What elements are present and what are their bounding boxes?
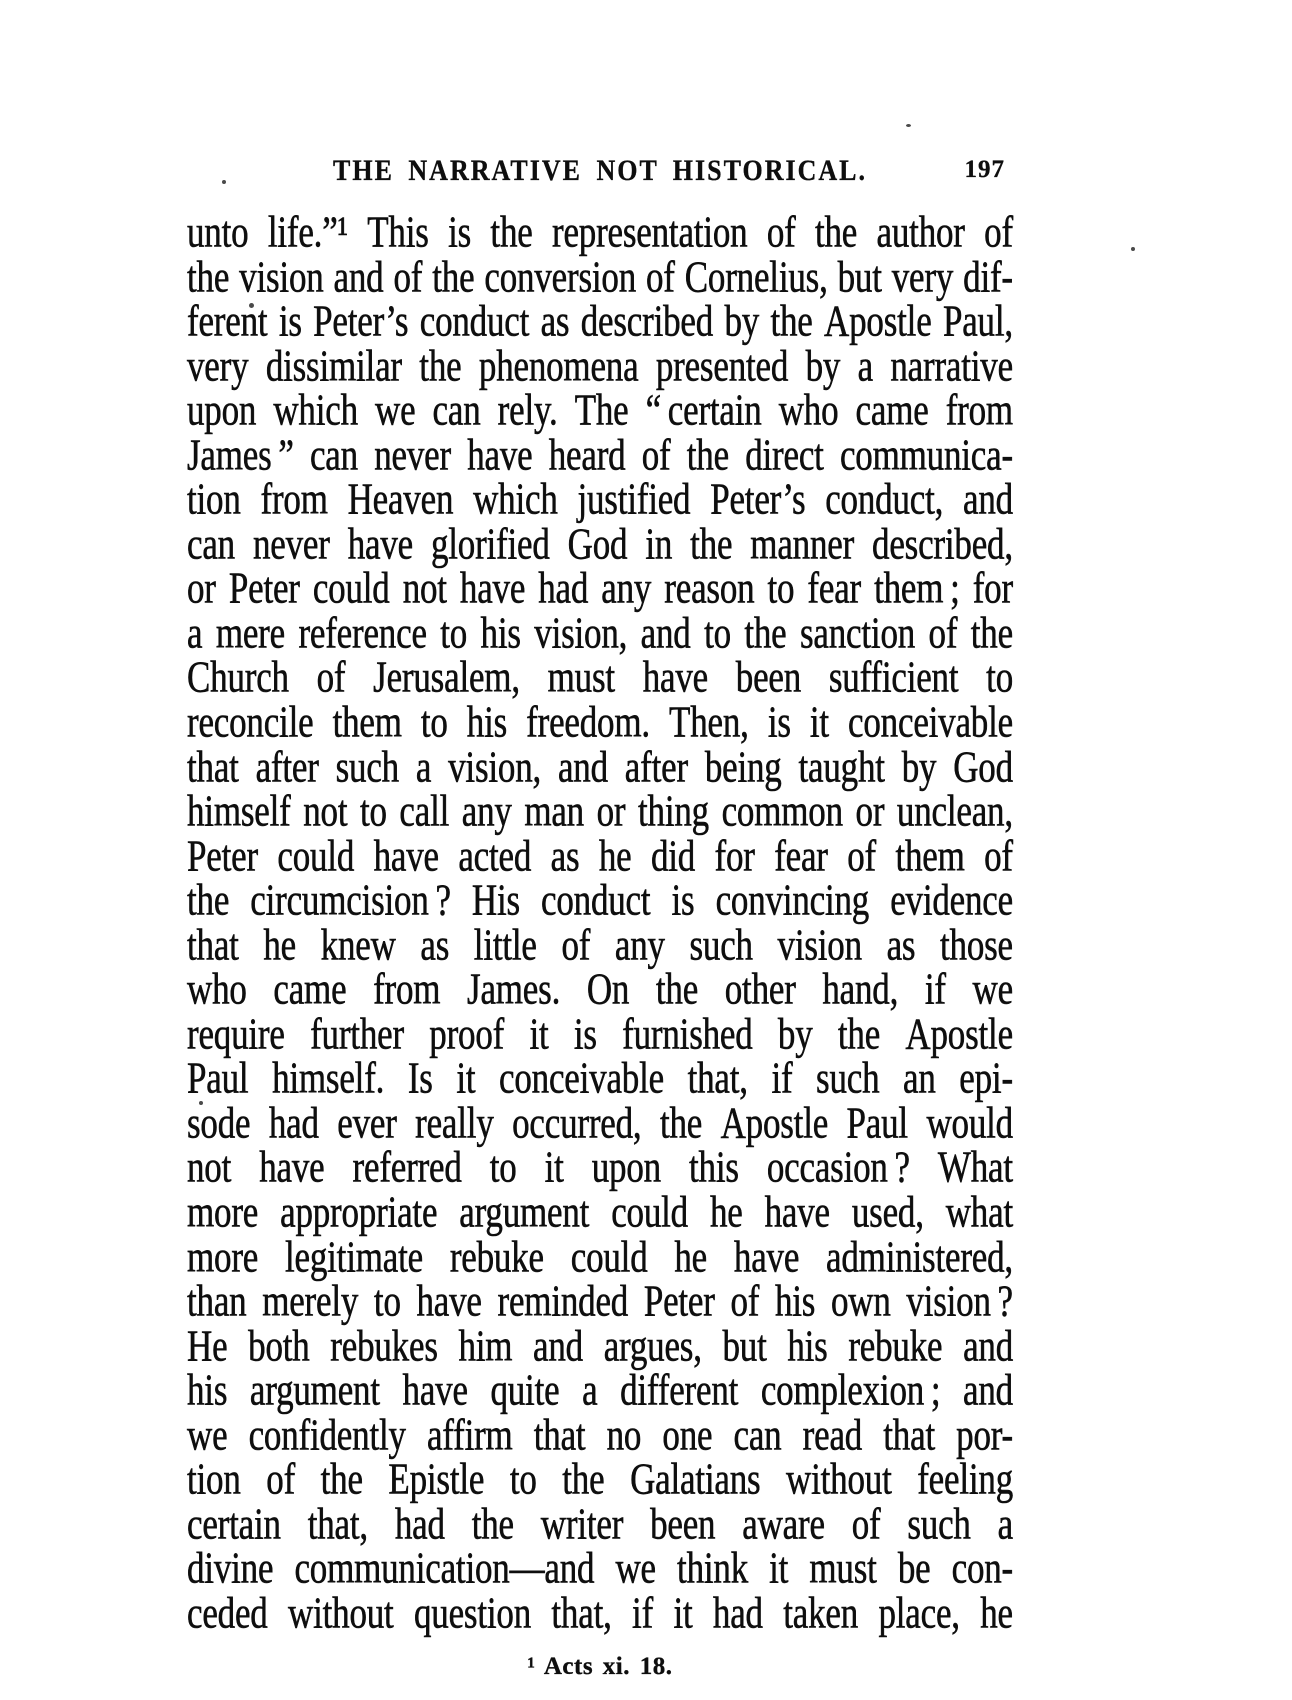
word: question	[414, 1588, 531, 1638]
ink-speck	[222, 180, 226, 184]
word: acted	[458, 831, 531, 881]
book-page: THE NARRATIVE NOT HISTORICAL. 197 untoli…	[0, 0, 1292, 1700]
word: for	[973, 564, 1013, 614]
word: which	[473, 474, 558, 524]
word: came	[273, 965, 346, 1015]
word: him	[458, 1321, 512, 1371]
ink-speck	[249, 303, 254, 308]
word: did	[651, 831, 695, 881]
word: by	[806, 341, 841, 391]
word: who	[779, 385, 839, 435]
word: tion	[187, 1455, 241, 1505]
word: common	[722, 786, 843, 836]
word: if	[925, 965, 946, 1015]
word: very	[892, 252, 953, 302]
word: any	[601, 564, 651, 614]
word: been	[736, 653, 801, 703]
word: place,	[878, 1588, 959, 1638]
word: Is	[408, 1054, 433, 1104]
word: that	[187, 742, 239, 792]
word: the	[187, 875, 229, 925]
word: Peter	[187, 831, 258, 881]
word: of	[984, 207, 1013, 257]
word: have	[416, 1276, 481, 1326]
word: of	[767, 207, 796, 257]
word: we	[615, 1544, 655, 1594]
word: occasion ?	[767, 1143, 910, 1193]
word: we	[187, 1410, 227, 1460]
word: than	[187, 1276, 246, 1326]
word: God	[568, 519, 628, 569]
word: and	[963, 1321, 1013, 1371]
word: it	[545, 1143, 564, 1193]
word: unclean,	[897, 786, 1013, 836]
word: more	[187, 1232, 258, 1282]
word: of	[642, 430, 671, 480]
word: is	[448, 207, 471, 257]
word: Peter’s	[710, 474, 805, 524]
word: rebukes	[330, 1321, 437, 1371]
word: sode	[187, 1098, 250, 1148]
word: a	[416, 742, 431, 792]
word: presented	[656, 341, 788, 391]
word: his	[787, 1321, 827, 1371]
word: of	[984, 831, 1013, 881]
word: if	[771, 1054, 792, 1104]
word: his	[467, 697, 507, 747]
word: it	[769, 1544, 788, 1594]
word: them ;	[874, 564, 960, 614]
word: little	[474, 920, 537, 970]
word: without	[288, 1588, 394, 1638]
word: dissimilar	[266, 341, 402, 391]
word: could	[571, 1232, 648, 1282]
word: what	[946, 1187, 1013, 1237]
word: it	[810, 697, 829, 747]
word: the	[838, 1009, 880, 1059]
word: we	[375, 385, 415, 435]
word: can	[187, 519, 235, 569]
word: had	[395, 1499, 445, 1549]
word: evidence	[890, 875, 1013, 925]
word: Apostle	[905, 1009, 1012, 1059]
word: such	[907, 1499, 970, 1549]
word: that,	[688, 1054, 748, 1104]
footnote-text: ¹ Acts xi. 18.	[527, 1653, 672, 1680]
word: which	[273, 385, 358, 435]
word: not	[187, 1143, 231, 1193]
word: further	[310, 1009, 404, 1059]
word: more	[187, 1187, 258, 1237]
word: who	[187, 965, 247, 1015]
word: of	[393, 252, 422, 302]
word: described,	[872, 519, 1013, 569]
word: vision	[778, 920, 862, 970]
word: direct	[745, 430, 823, 480]
word: por-	[956, 1410, 1013, 1460]
word: to	[374, 1276, 401, 1326]
word: the	[971, 608, 1013, 658]
word: as	[551, 831, 580, 881]
word: and	[963, 474, 1013, 524]
word: reference	[298, 608, 426, 658]
word: Apostle	[721, 1098, 828, 1148]
word: or	[187, 564, 216, 614]
word: the	[562, 1455, 604, 1505]
page-number: 197	[965, 156, 1006, 184]
word: own	[831, 1276, 891, 1326]
word: that	[534, 1410, 586, 1460]
word: he	[599, 831, 632, 881]
word: divine	[187, 1544, 273, 1594]
word: had	[538, 564, 588, 614]
word: of	[317, 653, 346, 703]
word: the	[432, 252, 474, 302]
word: had	[713, 1588, 763, 1638]
word: certain	[187, 1499, 281, 1549]
word: feeling	[917, 1455, 1013, 1505]
word: he	[980, 1588, 1013, 1638]
word: epi-	[959, 1054, 1013, 1104]
word: thing	[638, 786, 709, 836]
word: life.”¹	[268, 207, 348, 257]
word: himself	[187, 786, 291, 836]
word: and	[641, 608, 691, 658]
word: Paul,	[943, 296, 1013, 346]
word: On	[587, 965, 629, 1015]
word: unto	[187, 207, 248, 257]
word: to	[986, 653, 1013, 703]
running-title: THE NARRATIVE NOT HISTORICAL.	[333, 153, 867, 188]
word: described	[581, 296, 713, 346]
word: writer	[541, 1499, 623, 1549]
word: He	[187, 1321, 227, 1371]
word: from	[373, 965, 440, 1015]
word: vision,	[448, 742, 541, 792]
word: we	[973, 965, 1013, 1015]
word: never	[374, 430, 451, 480]
word: but	[723, 1321, 767, 1371]
word: an	[903, 1054, 936, 1104]
word: really	[415, 1098, 493, 1148]
word: merely	[262, 1276, 358, 1326]
word: that	[883, 1410, 935, 1460]
word: that	[187, 920, 239, 970]
word: reconcile	[187, 697, 313, 747]
word: heard	[549, 430, 626, 480]
word: communication—and	[294, 1544, 594, 1594]
word: the	[744, 608, 786, 658]
word: or	[597, 786, 626, 836]
word: conceivable	[848, 697, 1013, 747]
word: have	[467, 430, 532, 480]
word: himself.	[272, 1054, 384, 1104]
word: of	[929, 608, 958, 658]
word: but	[838, 252, 882, 302]
word: be	[898, 1544, 931, 1594]
word: them	[333, 697, 402, 747]
word: occurred,	[512, 1098, 641, 1148]
word: to	[510, 1455, 537, 1505]
word: communica-	[840, 430, 1013, 480]
word: he	[674, 1232, 707, 1282]
word: of	[852, 1499, 881, 1549]
word: a	[998, 1499, 1013, 1549]
word: ceded	[187, 1588, 268, 1638]
word: conduct	[541, 875, 650, 925]
word: the	[687, 430, 729, 480]
word: reminded	[498, 1276, 629, 1326]
word: a	[858, 341, 873, 391]
word: legitimate	[285, 1232, 423, 1282]
word: manner	[750, 519, 854, 569]
word: can	[734, 1410, 782, 1460]
word: knew	[321, 920, 396, 970]
word: by	[724, 296, 759, 346]
body-text: untolife.”¹Thisistherepresentationofthea…	[187, 213, 1013, 1639]
word: have	[374, 831, 439, 881]
word: and	[533, 1321, 583, 1371]
word: to	[440, 608, 467, 658]
word: upon	[187, 385, 256, 435]
word: could	[313, 564, 390, 614]
word: any	[615, 920, 665, 970]
word: Cornelius,	[685, 252, 828, 302]
word: affirm	[427, 1410, 513, 1460]
word: his	[187, 1365, 227, 1415]
word: the	[815, 207, 857, 257]
word: Peter	[644, 1276, 715, 1326]
word: referred	[353, 1143, 462, 1193]
word: vision ?	[906, 1276, 1013, 1326]
footnote: ¹ Acts xi. 18.	[187, 1650, 1013, 1684]
word: or	[856, 786, 885, 836]
word: after	[625, 742, 688, 792]
word: fear	[774, 831, 828, 881]
word: for	[715, 831, 755, 881]
word: the	[690, 519, 732, 569]
word: Epistle	[388, 1455, 484, 1505]
word: “ certain	[646, 385, 762, 435]
word: one	[662, 1410, 712, 1460]
word: have	[765, 1187, 830, 1237]
word: administered,	[826, 1232, 1013, 1282]
word: and	[334, 252, 384, 302]
word: author	[877, 207, 965, 257]
word: from	[946, 385, 1013, 435]
word: have	[734, 1232, 799, 1282]
word: used,	[852, 1187, 924, 1237]
word: Heaven	[348, 474, 454, 524]
word: his	[775, 1276, 815, 1326]
word: after	[256, 742, 319, 792]
word: phenomena	[479, 341, 639, 391]
word: from	[260, 474, 327, 524]
word: he	[263, 920, 296, 970]
word: justified	[577, 474, 690, 524]
word: con-	[952, 1544, 1013, 1594]
word: must	[548, 653, 615, 703]
word: such	[816, 1054, 879, 1104]
word: that,	[308, 1499, 368, 1549]
word: the	[660, 1098, 702, 1148]
word: conversion	[484, 252, 636, 302]
word: would	[926, 1098, 1013, 1148]
word: Peter	[229, 564, 300, 614]
word: have	[259, 1143, 324, 1193]
word: by	[902, 742, 937, 792]
word: tion	[187, 474, 241, 524]
word: have	[460, 564, 525, 614]
word: he	[710, 1187, 743, 1237]
word: hand,	[822, 965, 898, 1015]
word: Jerusalem,	[373, 653, 520, 703]
word: that,	[551, 1588, 611, 1638]
word: of	[847, 831, 876, 881]
word: representation	[552, 207, 747, 257]
word: such	[689, 920, 752, 970]
word: ever	[337, 1098, 396, 1148]
word: vision	[239, 252, 323, 302]
word: a	[582, 1365, 597, 1415]
word: His	[472, 875, 520, 925]
word: to	[704, 608, 731, 658]
word: any	[462, 786, 512, 836]
word: argument	[250, 1365, 380, 1415]
word: and	[963, 1365, 1013, 1415]
word: conceivable	[499, 1054, 664, 1104]
word: Then,	[669, 697, 749, 747]
word: Church	[187, 653, 289, 703]
word: have	[348, 519, 413, 569]
word: them	[895, 831, 964, 881]
word: taught	[798, 742, 884, 792]
word: it	[673, 1588, 692, 1638]
word: without	[786, 1455, 892, 1505]
word: proof	[429, 1009, 504, 1059]
word: furnished	[622, 1009, 752, 1059]
word: no	[607, 1410, 642, 1460]
word: Paul	[847, 1098, 908, 1148]
word: Galatians	[630, 1455, 760, 1505]
word: argument	[459, 1187, 589, 1237]
word: glorified	[431, 519, 550, 569]
word: complexion ;	[761, 1365, 941, 1415]
word: different	[620, 1365, 738, 1415]
word: the	[770, 296, 812, 346]
word: dif-	[963, 252, 1013, 302]
word: the	[472, 1499, 514, 1549]
word: argues,	[604, 1321, 702, 1371]
word: as	[887, 920, 916, 970]
word: is	[672, 875, 695, 925]
word: of	[646, 252, 675, 302]
word: upon	[592, 1143, 661, 1193]
word: and	[558, 742, 608, 792]
word: fear	[807, 564, 861, 614]
word: circumcision ?	[250, 875, 451, 925]
word: man	[524, 786, 584, 836]
word: aware	[742, 1499, 825, 1549]
word: vision,	[534, 608, 627, 658]
word: could	[611, 1187, 688, 1237]
word: to	[360, 786, 387, 836]
word: read	[803, 1410, 862, 1460]
word: Peter’s	[313, 296, 408, 346]
word: the	[187, 252, 229, 302]
word: call	[399, 786, 449, 836]
word: very	[187, 341, 248, 391]
word: to	[421, 697, 448, 747]
word: being	[705, 742, 782, 792]
word: have	[643, 653, 708, 703]
word: it	[529, 1009, 548, 1059]
word: require	[187, 1009, 285, 1059]
page-header: THE NARRATIVE NOT HISTORICAL. 197	[187, 156, 1013, 192]
word: narrative	[890, 341, 1013, 391]
word: it	[456, 1054, 475, 1104]
word: the	[321, 1455, 363, 1505]
word: such	[336, 742, 399, 792]
ink-speck	[199, 1101, 203, 1105]
word: those	[940, 920, 1013, 970]
word: The	[575, 385, 629, 435]
word: not	[403, 564, 447, 614]
word: rebuke	[848, 1321, 942, 1371]
word: have	[403, 1365, 468, 1415]
word: is	[279, 296, 302, 346]
word: as	[541, 296, 570, 346]
word: conduct	[420, 296, 529, 346]
word: of	[730, 1276, 759, 1326]
word: in	[645, 519, 672, 569]
word: Paul	[187, 1054, 248, 1104]
word: the	[419, 341, 461, 391]
word: a	[187, 608, 202, 658]
word: the	[490, 207, 532, 257]
word: can	[433, 385, 481, 435]
word: to	[768, 564, 795, 614]
word: by	[778, 1009, 813, 1059]
text-line: cededwithoutquestionthat,ifithadtakenpla…	[187, 1588, 1013, 1644]
word: reason	[664, 564, 754, 614]
ink-speck	[1131, 247, 1135, 251]
word: not	[303, 786, 347, 836]
word: think	[677, 1544, 748, 1594]
word: God	[953, 742, 1013, 792]
word: been	[650, 1499, 715, 1549]
word: can	[310, 430, 358, 480]
word: never	[253, 519, 330, 569]
word: James ”	[187, 430, 294, 480]
word: of	[266, 1455, 295, 1505]
word: conduct,	[825, 474, 943, 524]
word: other	[725, 965, 796, 1015]
word: sanction	[800, 608, 915, 658]
word: What	[938, 1143, 1013, 1193]
word: rely.	[498, 385, 558, 435]
word: confidently	[249, 1410, 406, 1460]
word: as	[420, 920, 449, 970]
word: James.	[467, 965, 560, 1015]
word: is	[574, 1009, 597, 1059]
word: mere	[216, 608, 285, 658]
word: of	[561, 920, 590, 970]
word: quite	[490, 1365, 559, 1415]
word: freedom.	[526, 697, 650, 747]
word: had	[269, 1098, 319, 1148]
word: if	[632, 1588, 653, 1638]
